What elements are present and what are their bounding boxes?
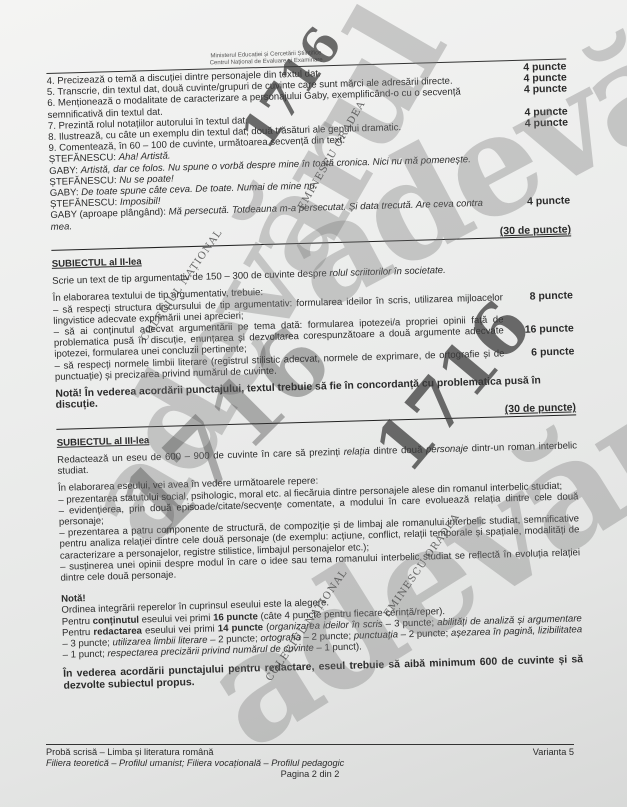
question-points: 4 puncte [527, 196, 570, 208]
footer-profile: Filiera teoretică – Profilul umanist; Fi… [46, 758, 574, 769]
footer-variant: Varianta 5 [533, 747, 574, 758]
footer-rule [46, 744, 574, 745]
criterion-points: 16 puncte [525, 323, 574, 336]
footer-exam: Probă scrisă – Limba și literatura român… [46, 747, 214, 758]
dialogue-excerpt: ȘTEFĂNESCU: Aha! Artistă. GABY: Artistă,… [49, 140, 571, 233]
criterion-points: 8 puncte [530, 290, 573, 302]
footer-page-number: Pagina 2 din 2 [46, 769, 574, 780]
page-footer: Probă scrisă – Limba și literatura român… [46, 744, 574, 780]
criterion-points: 6 puncte [531, 346, 574, 358]
question-points: 4 puncte [524, 84, 567, 96]
subject1-items: 4. Precizează o temă a discuției dintre … [47, 61, 571, 232]
subject3-final-note: În vederea acordării punctajului pentru … [63, 655, 583, 692]
exam-content: Ministerul Educației și Cercetării Știin… [46, 43, 583, 691]
footer-row: Probă scrisă – Limba și literatura român… [46, 747, 574, 758]
exam-page-photo: Ministerul Educației și Cercetării Știin… [0, 0, 627, 807]
